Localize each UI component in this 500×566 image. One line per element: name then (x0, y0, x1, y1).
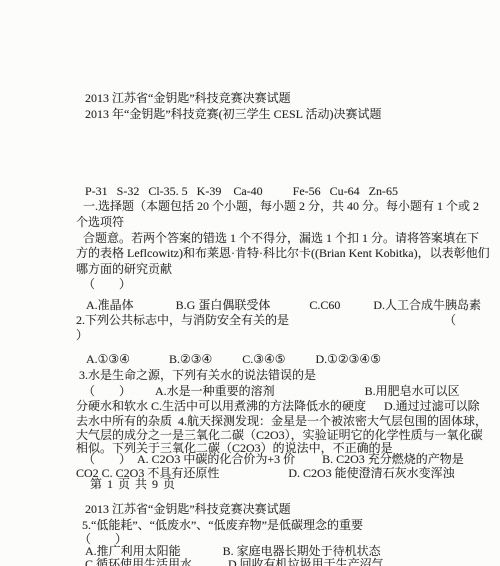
question-3-options-line-2: 分硬水和软水 C.生活中可以用煮沸的方法降低水的硬度 D.通过过滤可以除 (76, 399, 480, 414)
question-1-answer-blank: （ ） (83, 277, 131, 292)
question-1-line-2: 哪方面的研究贡献 (76, 262, 172, 277)
question-2-stem-row: 2.下列公共标志中，与消防安全有关的是 （ (76, 313, 456, 328)
section-1-intro-line-3: 合题意。若两个答案的错选 1 个不得分，漏选 1 个扣 1 分。请将答案填在下 (83, 231, 479, 246)
question-1-line-1: 方的表格 Leflcowitz)和布莱恩·肯特·科比尔卡((Brian Kent… (76, 246, 490, 261)
question-5-stem: 5.“低能耗”、“低废水”、“低废弃物”是低碳理念的重要 (82, 518, 363, 533)
doc-title-line-1: 2013 江苏省“金钥匙”科技竞赛决赛试题 (85, 91, 291, 106)
section-1-intro-line-2: 个选项符 (76, 215, 124, 230)
question-3-stem: 3.水是生命之源，下列有关水的说法错误的是 (79, 368, 316, 383)
doc-title-line-2: 2013 年“金钥匙”科技竞赛(初三学生 CESL 活动)决赛试题 (85, 107, 382, 122)
question-2-options: A.①③④ B.②③④ C.③④⑤ D.①②③④⑤ (86, 352, 381, 367)
question-4-options-line-1: （ ） A. C2O3 中碳的化合价为+3 价 B. C2O3 充分燃烧的产物是 (83, 452, 464, 467)
question-2-stem: 2.下列公共标志中，与消防安全有关的是 (76, 313, 289, 328)
document-page: 2013 江苏省“金钥匙”科技竞赛决赛试题 2013 年“金钥匙”科技竞赛(初三… (0, 0, 500, 566)
page-2-header-title: 2013 江苏省“金钥匙”科技竞赛决赛试题 (85, 502, 291, 517)
atomic-mass-list: P-31 S-32 Cl-35. 5 K-39 Ca-40 Fe-56 Cu-6… (85, 184, 398, 199)
question-2-paren-open: （ (444, 313, 456, 328)
question-1-options: A.准晶体 B.G 蛋白偶联受体 C.C60 D.人工合成牛胰岛素 (86, 298, 481, 313)
question-3-options-line-1: （ ） A.水是一种重要的溶剂 B.用肥皂水可以区 (83, 384, 460, 399)
page-number-indicator: 第 1 页 共 9 页 (90, 477, 176, 492)
question-2-paren-close: ） (76, 328, 88, 343)
section-1-intro-line-1: 一.选择题（本题包括 20 个小题，每小题 2 分，共 40 分。每小题有 1 … (83, 199, 479, 214)
question-5-options-cd: C.循环使用生活用水 D.回收有机垃圾用于生产沼气 (85, 557, 384, 566)
question-4-line-1: 去水中所有的杂质 4.航天探测发现：金星是一个被浓密大气层包围的固体球， (76, 414, 487, 429)
